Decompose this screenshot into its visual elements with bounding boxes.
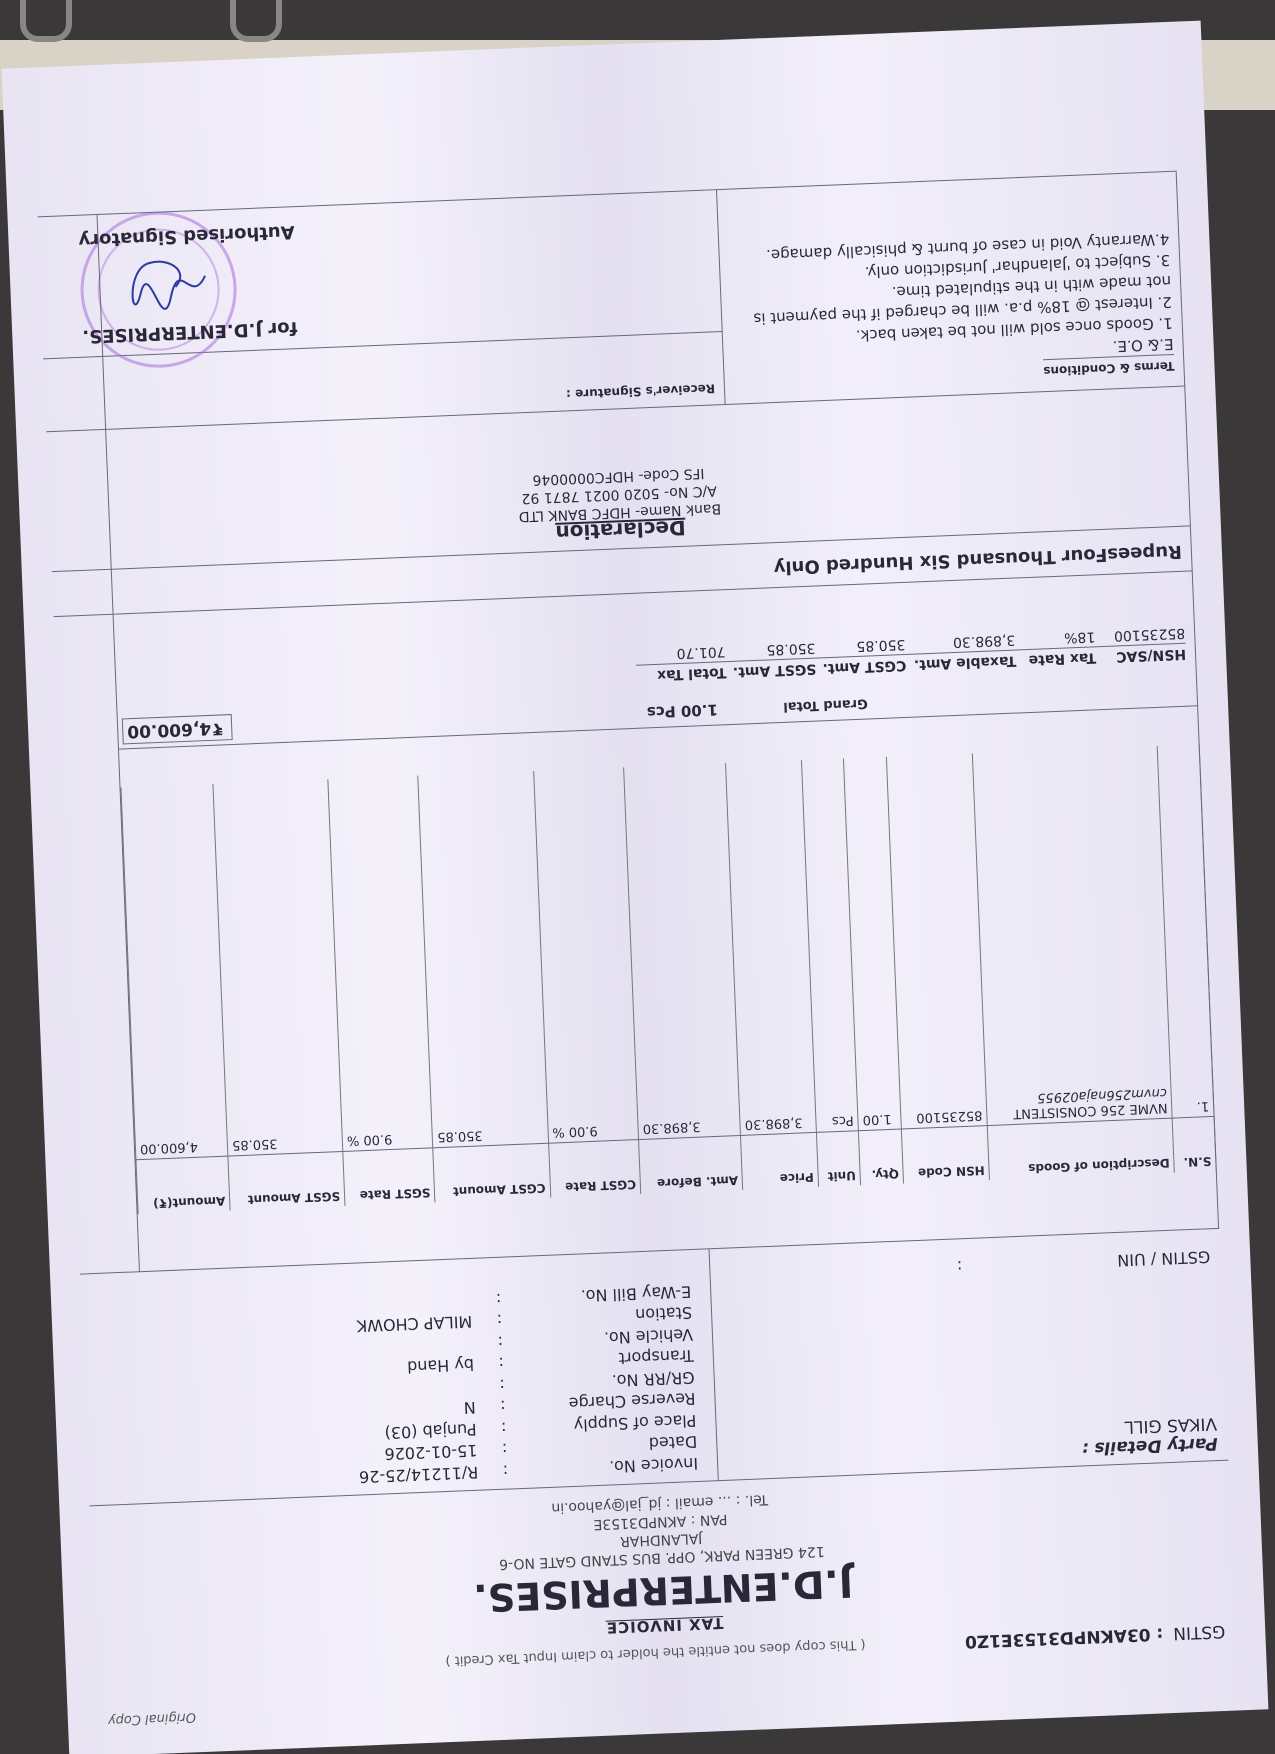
meta-colon: : (474, 1374, 505, 1397)
invoice-photo: Original Copy GSTIN: 03AKNPD3153E1Z0 ( T… (0, 0, 1275, 1754)
cell-qty: 1.00 (857, 1093, 901, 1131)
invoice-meta: Invoice No.:R/11214/25-26Dated:15-01-202… (352, 1281, 699, 1488)
divider (716, 190, 726, 405)
copy-header: Original Copy (108, 1684, 1207, 1728)
meta-colon: : (472, 1310, 503, 1333)
column-header: Qty. (859, 1129, 904, 1185)
column-header: Amount(₹) (136, 1156, 230, 1214)
grand-total-row: Grand Total 1.00 Pcs ₹ 4,600.00 (118, 671, 1199, 749)
grand-total-label: Grand Total (783, 696, 868, 714)
meta-value: Punjab (03) (384, 1418, 477, 1443)
terms-conditions: Terms & Conditions E.& O.E.1. Goods once… (729, 228, 1175, 395)
meta-colon: : (476, 1417, 507, 1440)
meta-colon: : (477, 1439, 508, 1462)
meta-value: 15-01-2026 (384, 1440, 478, 1465)
cell-price: 3,898.30 (739, 1096, 816, 1136)
tax-summary-value: 3,898.30 (905, 632, 1016, 652)
tax-summary-value: 18% (1015, 628, 1096, 647)
cell-sgst-rate: 9.00 % (341, 1111, 433, 1151)
column-header: CGST Rate (548, 1140, 641, 1198)
tax-summary-heading: CGST Amt. (816, 657, 907, 677)
copy-type: Original Copy (108, 1709, 197, 1728)
grand-total-qty: 1.00 Pcs (647, 701, 719, 722)
column-header: Description of Goods (987, 1118, 1174, 1180)
empty-cell (121, 784, 227, 1123)
meta-colon: : (473, 1331, 504, 1354)
invoice-sheet: Original Copy GSTIN: 03AKNPD3153E1Z0 ( T… (2, 21, 1269, 1754)
column-header: Price (741, 1132, 819, 1189)
tax-summary-heading: SGST Amt. (726, 661, 817, 681)
cell-sn: 1. (1171, 1080, 1214, 1118)
column-header: Amt. Before (639, 1135, 743, 1194)
meta-colon: : (471, 1288, 502, 1311)
empty-cell (887, 753, 986, 1092)
divider (709, 1249, 719, 1481)
divider (54, 570, 1193, 617)
empty-cell (533, 767, 637, 1106)
tax-summary-value: 350.85 (725, 640, 816, 660)
table-spacer (121, 744, 1213, 1123)
empty-cell (213, 779, 341, 1119)
empty-cell (328, 776, 432, 1115)
column-header: SGST Rate (343, 1148, 436, 1206)
cell-amount: 4,600.00 (134, 1120, 228, 1160)
gstin-label: GSTIN (1173, 1621, 1226, 1643)
meta-value: by Hand (407, 1354, 475, 1378)
tax-summary-value: 701.70 (635, 643, 726, 663)
tax-summary-heading: HSN/SAC (1096, 646, 1187, 666)
terms-title: Terms & Conditions (1043, 354, 1175, 381)
declaration: Declaration Bank Name- HDFC BANK LTD A/C… (19, 443, 1221, 563)
party-gstin-label: GSTIN / UIN (1117, 1247, 1211, 1270)
receiver-signature-label: Receiver's Signature : (566, 381, 715, 401)
signature-block: for J.D.ENTERPRISES. Authorised Signator… (48, 200, 613, 352)
column-header: SGST Amount (228, 1151, 345, 1210)
meta-colon: : (475, 1396, 506, 1419)
signature-scribble (119, 246, 212, 320)
tax-summary-heading: Tax Rate (1016, 649, 1097, 668)
cell-description: NVME 256 CONSISTENTcnvm256naja02955 (986, 1082, 1173, 1126)
meta-colon: : (474, 1353, 505, 1376)
column-header: S.N. (1172, 1116, 1216, 1172)
tax-summary-value: 350.85 (815, 636, 906, 656)
seller-gstin: GSTIN: 03AKNPD3153E1Z0 (965, 1621, 1226, 1651)
items-table: S.N.Description of GoodsHSN CodeQty.Unit… (121, 744, 1217, 1214)
meta-value: R/11214/25-26 (359, 1461, 479, 1487)
grand-total-amount: 4,600.00 (122, 714, 233, 744)
tax-summary-heading: Total Tax (636, 664, 727, 684)
empty-cell (418, 771, 547, 1111)
empty-cell (726, 760, 815, 1099)
authorised-signatory: Authorised Signatory (78, 221, 295, 251)
document-title: TAX INVOICE (605, 1614, 723, 1637)
cell-hsn: 85235100 (900, 1089, 987, 1129)
party-gstin: GSTIN / UIN : (957, 1247, 1211, 1276)
meta-value: N (463, 1397, 476, 1419)
cell-sgst-amount: 350.85 (227, 1115, 343, 1156)
cell-cgst-amount: 350.85 (432, 1107, 548, 1148)
cell-cgst-rate: 9.00 % (547, 1103, 639, 1143)
gstin-value: 03AKNPD3153E1Z0 (965, 1624, 1151, 1651)
empty-cell (972, 746, 1171, 1089)
column-header: Unit (817, 1131, 861, 1187)
column-header: CGST Amount (433, 1143, 550, 1202)
column-header: HSN Code (902, 1126, 990, 1184)
empty-cell (624, 763, 740, 1103)
tax-summary-heading: Taxable Amt. (906, 653, 1017, 673)
cell-amt-before: 3,898.30 (637, 1099, 741, 1140)
cell-unit: Pcs (815, 1094, 859, 1132)
meta-colon: : (478, 1460, 509, 1483)
tax-summary-value: 85235100 (1095, 625, 1186, 645)
